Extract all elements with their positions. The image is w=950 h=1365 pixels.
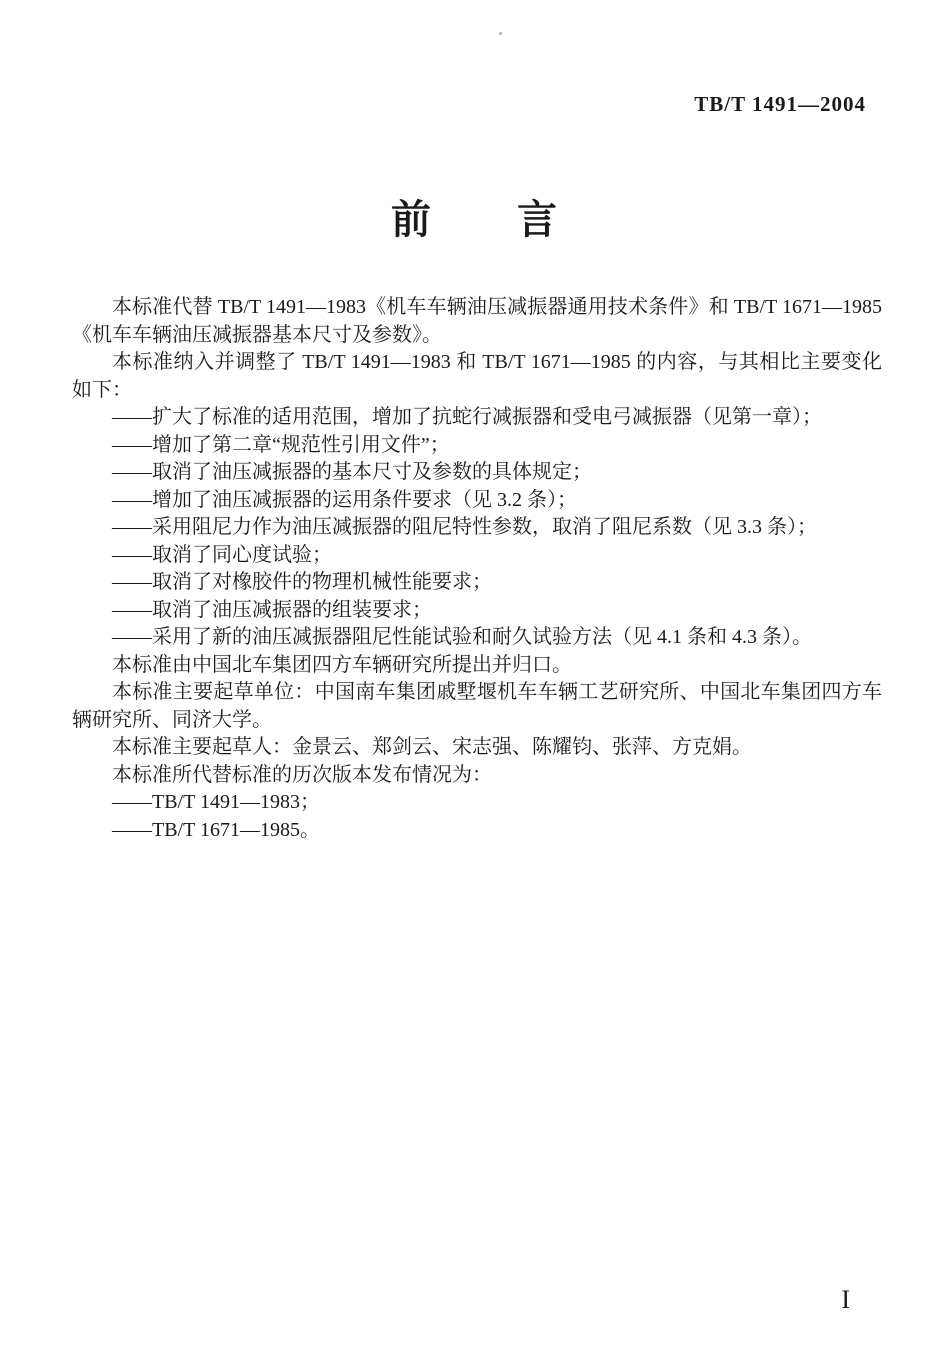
page-title: 前 言 (0, 188, 950, 245)
paragraph: 本标准纳入并调整了 TB/T 1491—1983 和 TB/T 1671—198… (72, 349, 882, 404)
paragraph: ——扩大了标准的适用范围，增加了抗蛇行减振器和受电弓减振器（见第一章）； (72, 404, 882, 432)
paragraph: 本标准主要起草人：金景云、郑剑云、宋志强、陈耀钧、张萍、方克娟。 (72, 734, 882, 762)
paragraph: ——采用了新的油压减振器阻尼性能试验和耐久试验方法（见 4.1 条和 4.3 条… (72, 624, 882, 652)
paragraph: ——增加了油压减振器的运用条件要求（见 3.2 条）； (72, 487, 882, 515)
paragraph: ——TB/T 1671—1985。 (72, 817, 882, 845)
paragraph: 本标准代替 TB/T 1491—1983《机车车辆油压减振器通用技术条件》和 T… (72, 294, 882, 349)
paragraph: 本标准所代替标准的历次版本发布情况为： (72, 762, 882, 790)
paragraph: ——TB/T 1491—1983； (72, 789, 882, 817)
scan-artifact-dot (499, 32, 502, 35)
document-page: TB/T 1491—2004 前 言 本标准代替 TB/T 1491—1983《… (0, 0, 950, 1365)
paragraph: ——取消了油压减振器的组装要求； (72, 597, 882, 625)
paragraph: ——取消了油压减振器的基本尺寸及参数的具体规定； (72, 459, 882, 487)
paragraph: 本标准由中国北车集团四方车辆研究所提出并归口。 (72, 652, 882, 680)
standard-code: TB/T 1491—2004 (694, 92, 866, 117)
paragraph: 本标准主要起草单位：中国南车集团戚墅堰机车车辆工艺研究所、中国北车集团四方车辆研… (72, 679, 882, 734)
paragraph: ——采用阻尼力作为油压减振器的阻尼特性参数，取消了阻尼系数（见 3.3 条）； (72, 514, 882, 542)
paragraph: ——取消了对橡胶件的物理机械性能要求； (72, 569, 882, 597)
paragraph: ——取消了同心度试验； (72, 542, 882, 570)
page-number: I (841, 1285, 850, 1315)
paragraph: ——增加了第二章“规范性引用文件”； (72, 432, 882, 460)
document-body: 本标准代替 TB/T 1491—1983《机车车辆油压减振器通用技术条件》和 T… (72, 294, 882, 844)
